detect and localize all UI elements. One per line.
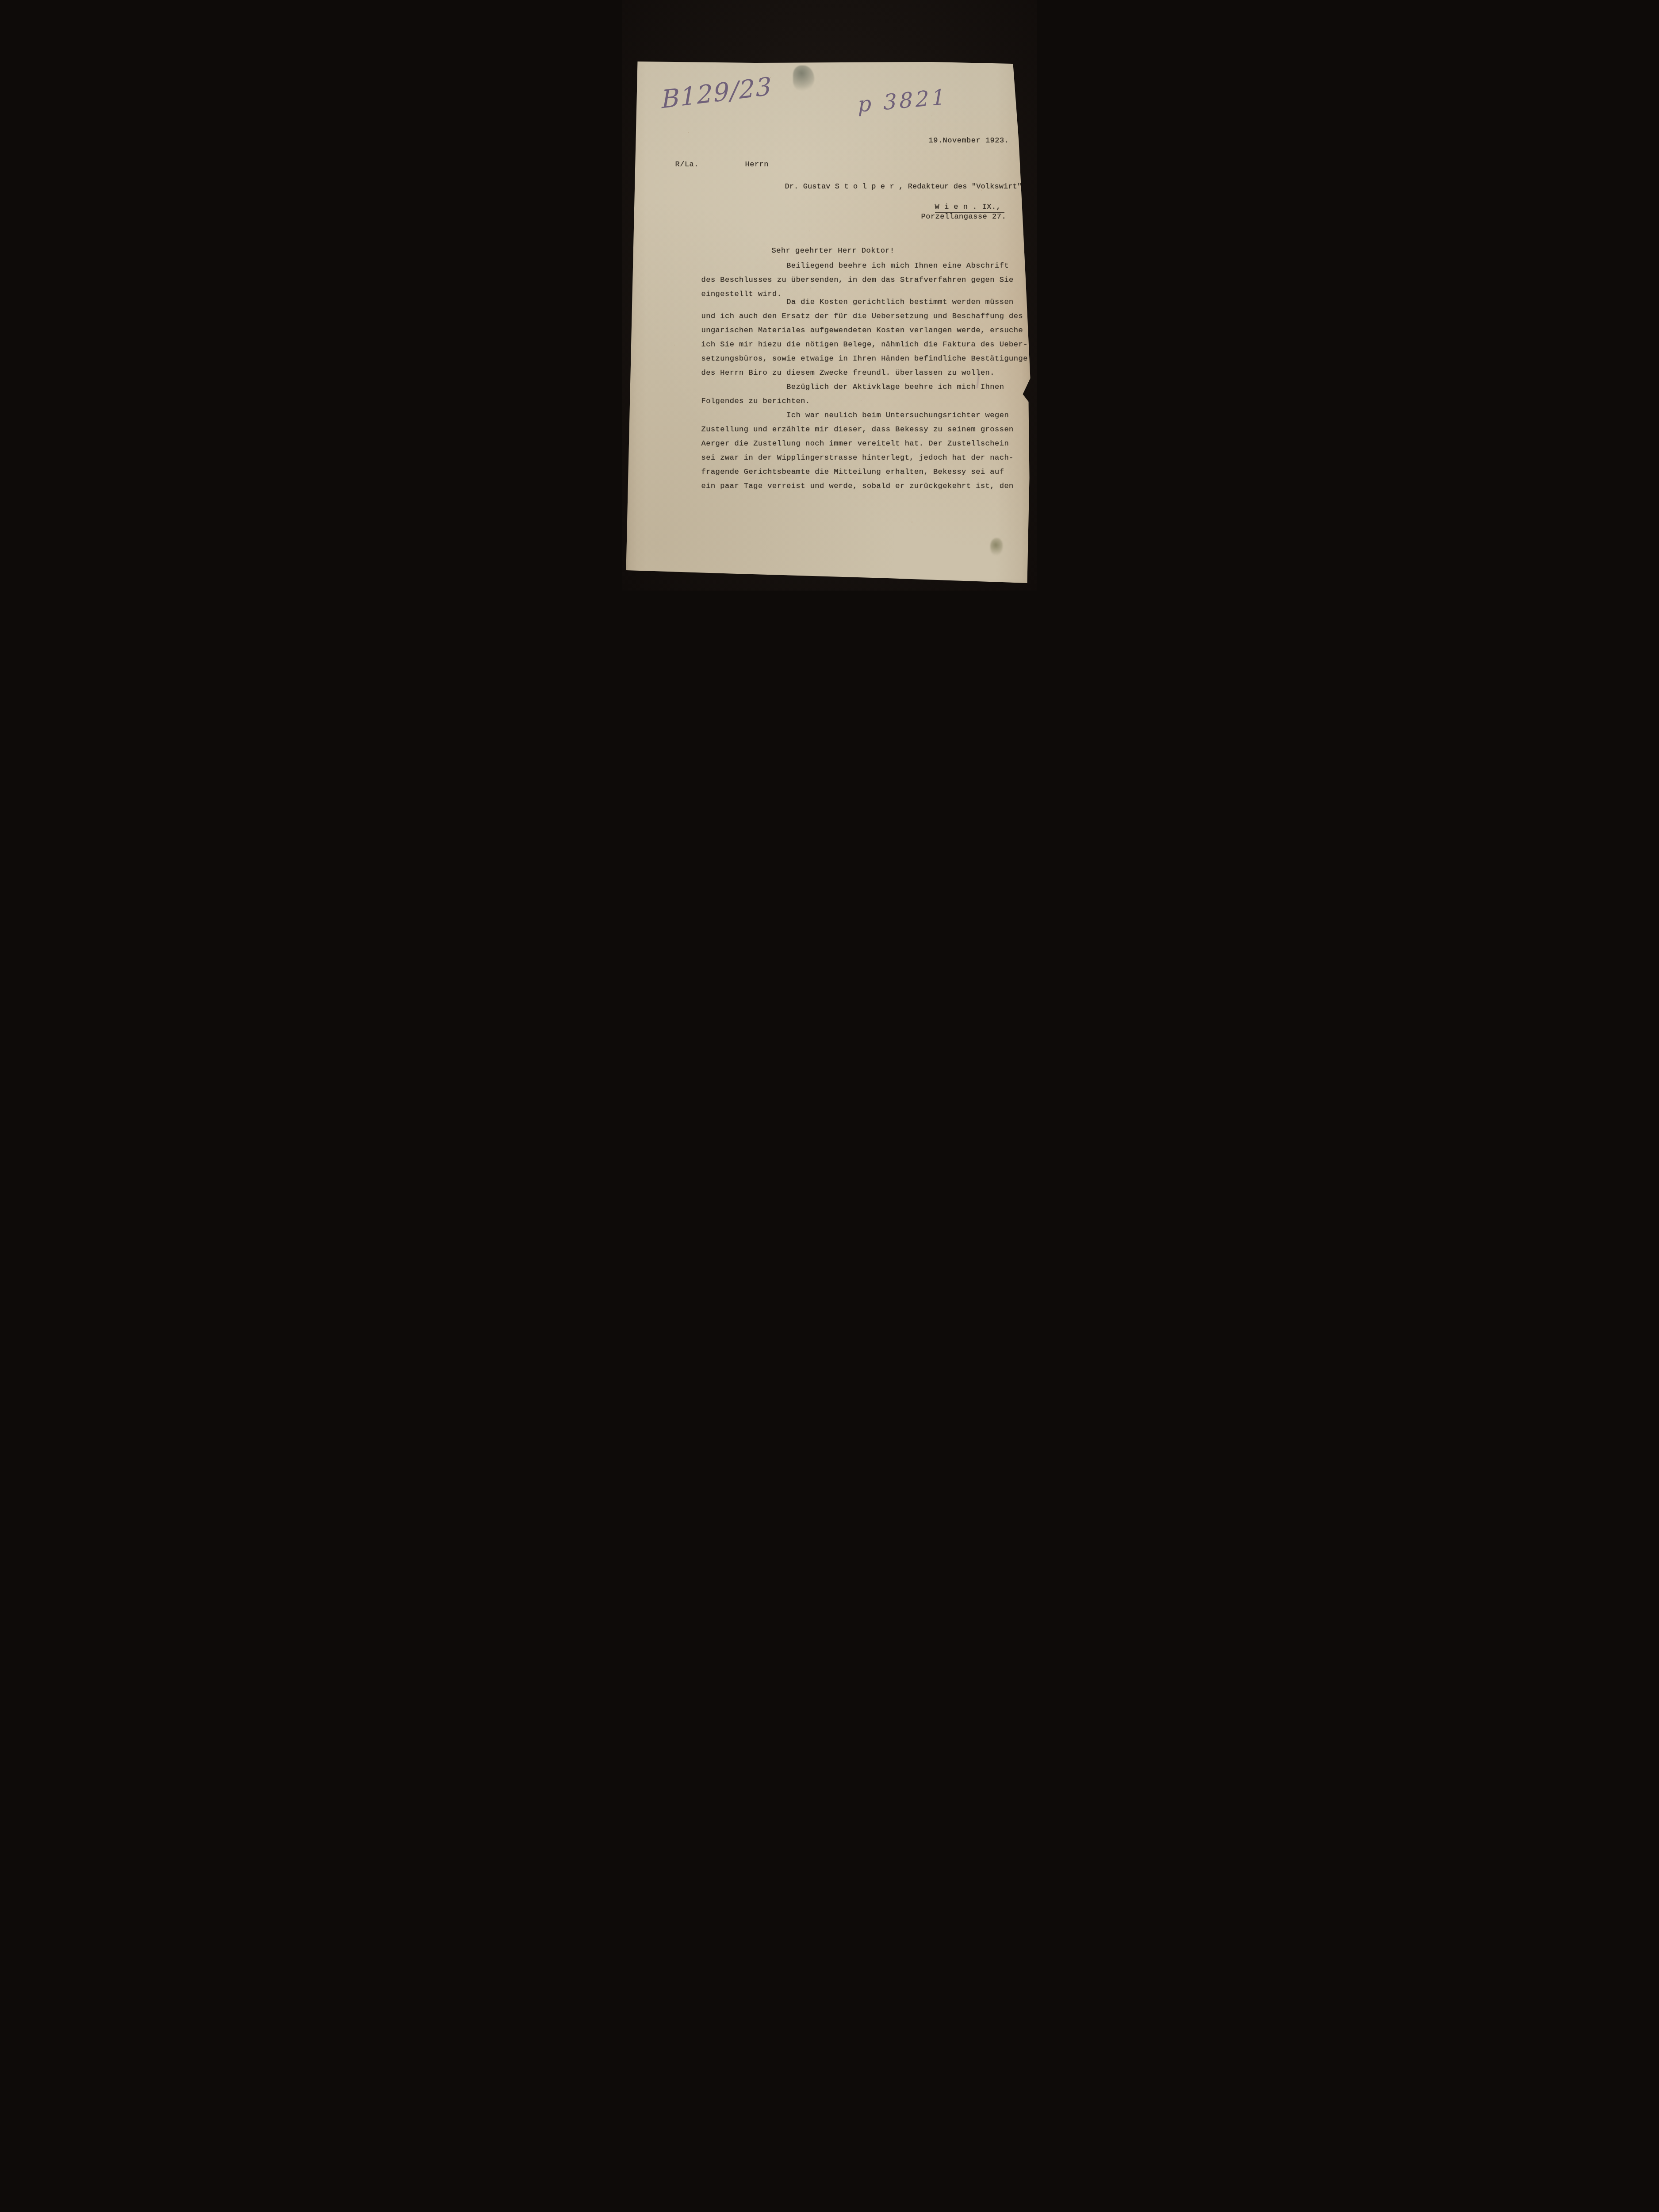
letter-page: B129/23 p 3821 19.November 1923. R/La. H… (622, 0, 1037, 591)
scan-edge-shadow (622, 0, 1037, 591)
scan-canvas: B129/23 p 3821 19.November 1923. R/La. H… (622, 0, 1037, 591)
